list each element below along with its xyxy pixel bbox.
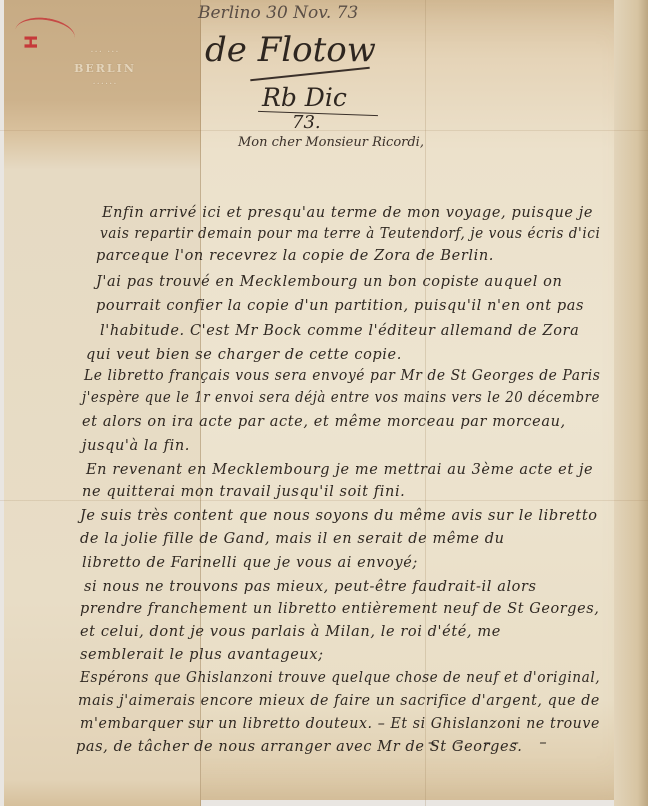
letter-line: mais j'aimerais encore mieux de faire un… xyxy=(78,693,600,709)
letter-line: vais repartir demain pour ma terre à Teu… xyxy=(100,226,600,242)
dateline: Berlino 30 Nov. 73 xyxy=(198,3,358,23)
letter-line: jusqu'à la fin. xyxy=(82,438,190,454)
received-note: Rb Dic xyxy=(262,83,347,112)
fold-line xyxy=(0,130,648,131)
letter-line: libretto de Farinelli que je vous ai env… xyxy=(82,555,418,571)
letter-line: Espérons que Ghislanzoni trouve quelque … xyxy=(80,670,600,686)
letter-line: si nous ne trouvons pas mieux, peut-être… xyxy=(84,579,537,595)
stamp-line: BERLIN xyxy=(45,61,165,77)
letter-line: Le libretto français vous sera envoyé pa… xyxy=(84,368,600,384)
letter-line: Je suis très content que nous soyons du … xyxy=(80,508,598,524)
letter-line: En revenant en Mecklembourg je me mettra… xyxy=(86,462,593,478)
letter-line: et celui, dont je vous parlais à Milan, … xyxy=(80,624,501,640)
embossed-stamp: ··· ··· BERLIN ······ xyxy=(45,45,165,105)
stamp-line: ··· ··· xyxy=(45,45,165,61)
stamp-line: ······ xyxy=(45,77,165,93)
letter-line: parceque l'on recevrez la copie de Zora … xyxy=(96,248,494,264)
letter-line: pourrait confier la copie d'un partition… xyxy=(96,298,584,314)
letter-line: semblerait le plus avantageux; xyxy=(80,647,324,663)
red-archive-mark: H xyxy=(22,35,42,49)
paper-right-edge xyxy=(614,0,648,806)
year-note: 73. xyxy=(292,112,321,133)
letter-line: prendre franchement un libretto entièrem… xyxy=(80,601,599,617)
salutation: Mon cher Monsieur Ricordi, xyxy=(238,135,424,150)
letter-line: de la jolie fille de Gand, mais il en se… xyxy=(80,531,505,547)
letter-line: J'ai pas trouvé en Mecklembourg un bon c… xyxy=(96,274,562,290)
letter-line: j'espère que le 1r envoi sera déjà entre… xyxy=(82,390,600,406)
trailing-dashes: – – – – – xyxy=(428,735,555,751)
sender-name: de Flotow xyxy=(205,30,376,70)
letter-line: Enfin arrivé ici et presqu'au terme de m… xyxy=(102,205,593,221)
letter-line: ne quitterai mon travail jusqu'il soit f… xyxy=(82,484,405,500)
letter-line: m'embarquer sur un libretto douteux. – E… xyxy=(80,716,600,732)
letter-line: qui veut bien se charger de cette copie. xyxy=(86,347,402,363)
letter-line: l'habitude. C'est Mr Bock comme l'éditeu… xyxy=(100,323,579,339)
fold-line xyxy=(0,500,648,501)
letter-line: et alors on ira acte par acte, et même m… xyxy=(82,414,566,430)
